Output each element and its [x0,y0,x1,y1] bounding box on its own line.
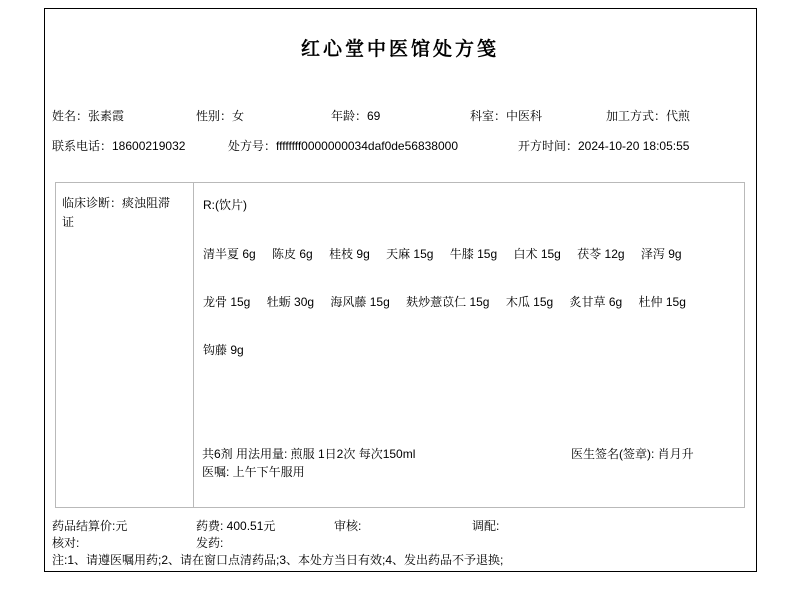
prescription-page: 红心堂中医馆处方笺 姓名：张素霞 性别：女 年龄：69 科室：中医科 加工方式：… [0,0,800,600]
patient-name: 姓名：张素霞 [52,107,124,124]
settlement-price: 药品结算价:元 [52,517,127,534]
department: 科室：中医科 [470,107,542,124]
clinical-diagnosis: 临床诊断：痰浊阻滞证 [62,194,176,232]
patient-gender: 性别：女 [196,107,244,124]
herb-item: 钩藤 9g [203,343,244,357]
issue-time: 开方时间：2024-10-20 18:05:55 [518,137,689,154]
herb-line-2: 龙骨 15g 牡蛎 30g 海风藤 15g 麸炒薏苡仁 15g 木瓜 15g 炙… [203,293,699,310]
herb-item: 麸炒薏苡仁 15g [406,295,489,309]
contact-phone: 联系电话：18600219032 [52,137,185,154]
note-text: 注:1、请遵医嘱用药;2、请在窗口点清药品;3、本处方当日有效;4、发出药品不予… [52,551,503,568]
herb-item: 清半夏 6g [203,247,256,261]
medicine-fee: 药费: 400.51元 [196,517,275,534]
column-divider [193,183,194,507]
doctor-signature: 医生签名(签章): 肖月升 [571,445,701,463]
herb-item: 桂枝 9g [329,247,370,261]
patient-age: 年龄：69 [331,107,380,124]
herb-item: 龙骨 15g [203,295,250,309]
prescription-number: 处方号：ffffffff0000000034daf0de56838000 [228,137,458,154]
herb-line-1: 清半夏 6g 陈皮 6g 桂枝 9g 天麻 15g 牛膝 15g 白术 15g … [203,245,695,262]
herb-item: 天麻 15g [386,247,433,261]
check-field: 核对: [52,534,79,551]
dispense-field: 发药: [196,534,223,551]
herb-item: 陈皮 6g [272,247,313,261]
herb-line-3: 钩藤 9g [203,341,257,358]
rx-header: R:(饮片) [203,196,247,213]
herb-item: 泽泻 9g [641,247,682,261]
herb-item: 炙甘草 6g [570,295,623,309]
herb-item: 木瓜 15g [506,295,553,309]
herb-item: 海风藤 15g [330,295,389,309]
processing-method: 加工方式：代煎 [606,107,690,124]
doctor-advice: 医嘱: 上午下午服用 [202,463,305,480]
herb-item: 白术 15g [514,247,561,261]
review-field: 审核: [334,517,361,534]
herb-item: 牛膝 15g [450,247,497,261]
compound-field: 调配: [472,517,499,534]
herb-item: 杜仲 15g [639,295,686,309]
page-title: 红心堂中医馆处方笺 [0,34,800,61]
herb-item: 茯苓 12g [577,247,624,261]
dosage-summary: 共6剂 用法用量: 煎服 1日2次 每次150ml [202,445,415,462]
herb-item: 牡蛎 30g [267,295,314,309]
